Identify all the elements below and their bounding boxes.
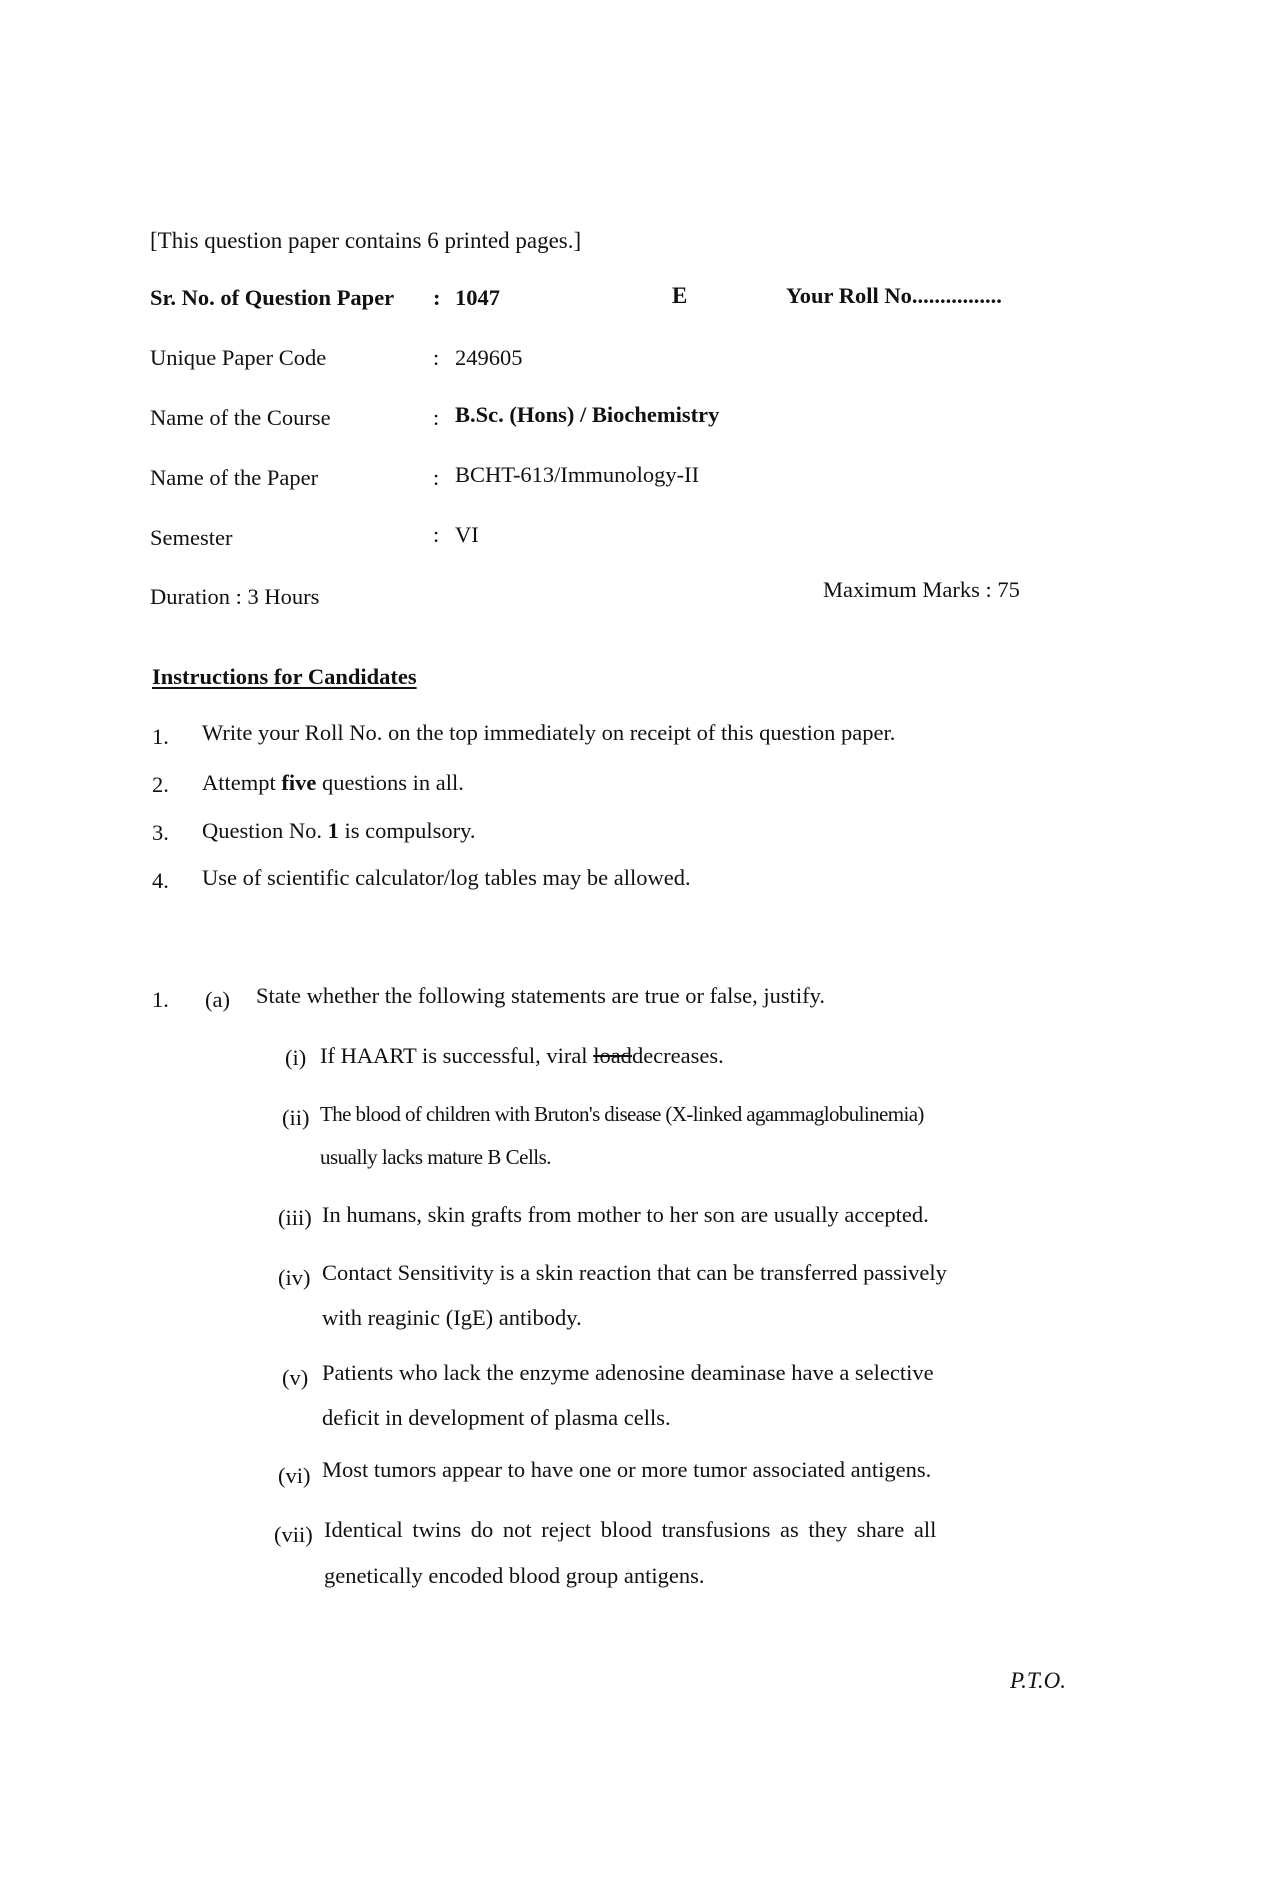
meta-value-paper-name: BCHT-613/Immunology-II [455, 462, 699, 488]
instruction-text: Write your Roll No. on the top immediate… [202, 720, 895, 746]
instruction-text: Question No. 1 is compulsory. [202, 818, 476, 844]
roll-no-field: Your Roll No................ [786, 283, 1002, 309]
statement-number: (vii) [274, 1522, 313, 1548]
sr-no-label: Sr. No. of Question Paper [150, 285, 394, 311]
statement-text-pre: If HAART is successful, viral [320, 1043, 593, 1068]
statement-text: In humans, skin grafts from mother to he… [322, 1202, 929, 1228]
meta-label-paper-name: Name of the Paper [150, 465, 318, 491]
statement-number: (iii) [278, 1205, 312, 1231]
meta-value-course: B.Sc. (Hons) / Biochemistry [455, 402, 719, 428]
instruction-text: Use of scientific calculator/log tables … [202, 865, 691, 891]
duration: Duration : 3 Hours [150, 584, 319, 610]
meta-value-semester: VI [455, 522, 479, 548]
sr-no-colon: : [433, 285, 441, 311]
instruction-text: Attempt five questions in all. [202, 770, 464, 796]
meta-value-paper-code: 249605 [455, 345, 523, 371]
question-part-label: (a) [205, 987, 230, 1013]
maximum-marks: Maximum Marks : 75 [823, 577, 1020, 603]
instruction-text-bold: 1 [328, 818, 339, 843]
meta-colon: : [433, 405, 439, 431]
statement-number: (i) [285, 1045, 306, 1071]
statement-number: (ii) [282, 1105, 310, 1131]
statement-text: Patients who lack the enzyme adenosine d… [322, 1360, 934, 1386]
statement-number: (vi) [278, 1463, 311, 1489]
instruction-number: 3. [152, 820, 169, 846]
statement-text: Identical twins do not reject blood tran… [324, 1517, 936, 1543]
instruction-text-bold: five [281, 770, 316, 795]
please-turn-over: P.T.O. [1010, 1668, 1066, 1694]
set-code: E [672, 283, 687, 309]
instruction-number: 2. [152, 772, 169, 798]
statement-number: (iv) [278, 1265, 311, 1291]
instruction-text-post: questions in all. [316, 770, 464, 795]
question-paper-page: [This question paper contains 6 printed … [0, 0, 1280, 1887]
meta-colon: : [433, 345, 439, 371]
instructions-heading: Instructions for Candidates [152, 664, 417, 690]
meta-colon: : [433, 465, 439, 491]
statement-text-post: decreases. [632, 1043, 724, 1068]
meta-label-course: Name of the Course [150, 405, 331, 431]
statement-number: (v) [282, 1365, 308, 1391]
meta-label-semester: Semester [150, 525, 232, 551]
statement-text: If HAART is successful, viral loaddecrea… [320, 1043, 724, 1069]
meta-colon: : [433, 522, 439, 548]
statement-text: The blood of children with Bruton's dise… [320, 1102, 924, 1127]
statement-text: Most tumors appear to have one or more t… [322, 1457, 931, 1483]
statement-text: Contact Sensitivity is a skin reaction t… [322, 1260, 947, 1286]
meta-label-paper-code: Unique Paper Code [150, 345, 326, 371]
instruction-text-pre: Question No. [202, 818, 328, 843]
question-number: 1. [152, 987, 169, 1013]
statement-text-continued: with reaginic (IgE) antibody. [322, 1305, 582, 1331]
struck-word: load [593, 1043, 632, 1068]
statement-text-continued: usually lacks mature B Cells. [320, 1145, 551, 1170]
instruction-number: 4. [152, 868, 169, 894]
statement-text-continued: deficit in development of plasma cells. [322, 1405, 671, 1431]
instruction-text-pre: Attempt [202, 770, 281, 795]
instruction-number: 1. [152, 724, 169, 750]
question-stem: State whether the following statements a… [256, 983, 825, 1009]
statement-text-continued: genetically encoded blood group antigens… [324, 1563, 705, 1589]
instruction-text-post: is compulsory. [339, 818, 476, 843]
sr-no-value: 1047 [455, 285, 500, 311]
pages-note: [This question paper contains 6 printed … [150, 228, 581, 254]
